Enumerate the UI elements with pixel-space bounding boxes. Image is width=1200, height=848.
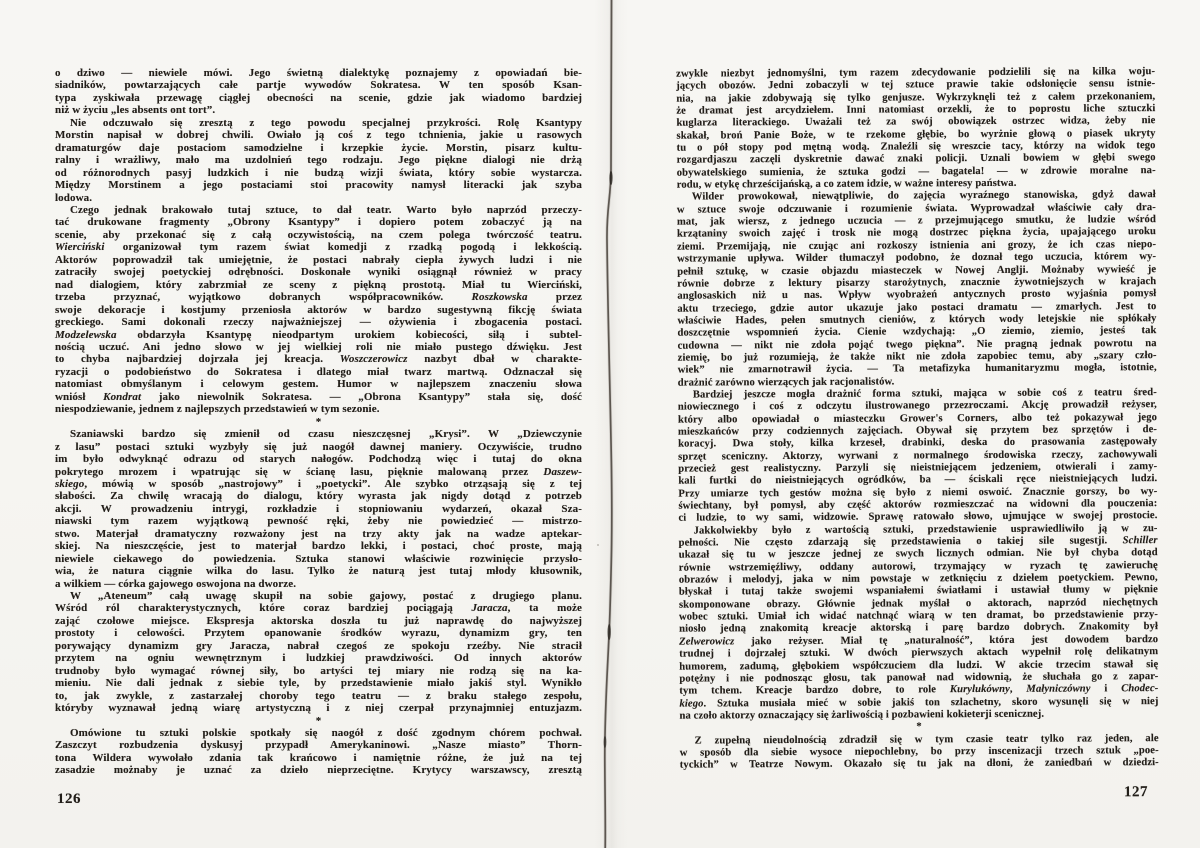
scan-speck: [597, 544, 599, 546]
text-line: kiego. Sztuka musiała mieć w sobie jakiś…: [679, 696, 1158, 711]
book-spread: o dziwo — niewiele mówi. Jego świetną di…: [0, 0, 1200, 848]
text-line: wiek” nie zmarnotrawił życia. — Ta metaf…: [678, 362, 1157, 377]
scan-speck: [1146, 320, 1148, 322]
page-number-right: 127: [1124, 784, 1148, 801]
scan-speck: [120, 660, 122, 662]
text-line: tyckich” w Teatrze Nowym. Okazało się tu…: [680, 757, 1159, 772]
right-page-text: zwykle niezbyt jednomyślni, tym razem zd…: [676, 66, 1159, 772]
right-page: zwykle niezbyt jednomyślni, tym razem zd…: [0, 0, 1200, 848]
